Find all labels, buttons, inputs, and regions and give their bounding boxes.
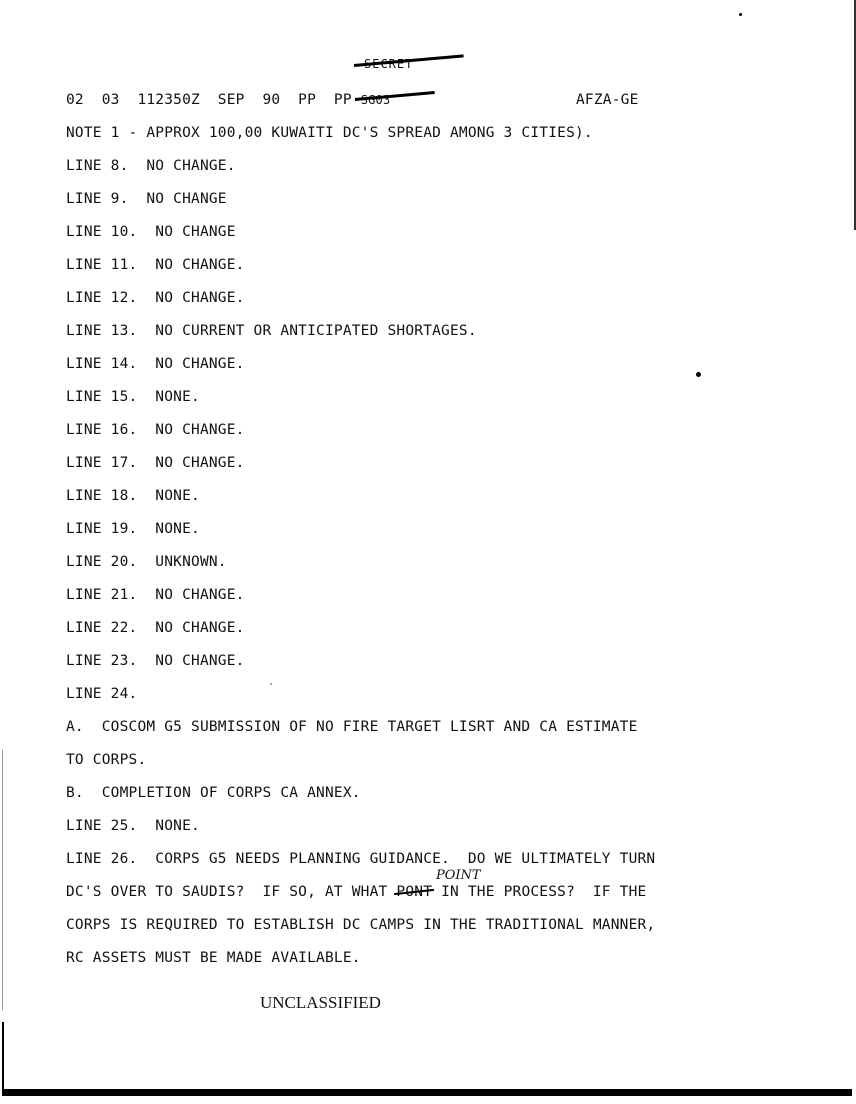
- line-item: LINE 22. NO CHANGE.: [66, 619, 245, 637]
- line-item: LINE 25. NONE.: [66, 817, 200, 835]
- line-item: LINE 16. NO CHANGE.: [66, 421, 245, 439]
- line-item: LINE 24.: [66, 685, 137, 703]
- scan-edge-left: [2, 750, 3, 1010]
- line-item: LINE 15. NONE.: [66, 388, 200, 406]
- line-item: B. COMPLETION OF CORPS CA ANNEX.: [66, 784, 361, 802]
- office-symbol: AFZA-GE: [576, 91, 639, 109]
- line-item: LINE 9. NO CHANGE: [66, 190, 227, 208]
- line-item: LINE 11. NO CHANGE.: [66, 256, 245, 274]
- scan-edge-left-bottom: [2, 1022, 4, 1092]
- routing-prefix: 02 03 112350Z SEP 90 PP PP: [66, 92, 361, 108]
- struck-routing-code: SG03: [361, 91, 391, 109]
- scan-speck: [270, 683, 272, 685]
- text-after: IN THE PROCESS? IF THE: [432, 884, 646, 900]
- text-before: DC'S OVER TO SAUDIS? IF SO, AT WHAT: [66, 884, 396, 900]
- line-item: LINE 12. NO CHANGE.: [66, 289, 245, 307]
- line-26-continuation: DC'S OVER TO SAUDIS? IF SO, AT WHAT PONT…: [66, 883, 646, 901]
- line-item: LINE 10. NO CHANGE: [66, 223, 236, 241]
- line-item: LINE 14. NO CHANGE.: [66, 355, 245, 373]
- line-item: LINE 13. NO CURRENT OR ANTICIPATED SHORT…: [66, 322, 477, 340]
- line-item: CORPS IS REQUIRED TO ESTABLISH DC CAMPS …: [66, 916, 655, 934]
- scan-speck: [739, 13, 742, 16]
- scan-edge-bottom: [2, 1089, 852, 1096]
- line-item: LINE 19. NONE.: [66, 520, 200, 538]
- note-line: NOTE 1 - APPROX 100,00 KUWAITI DC'S SPRE…: [66, 124, 593, 142]
- struck-word: PONT: [396, 883, 432, 901]
- line-item: LINE 23. NO CHANGE.: [66, 652, 245, 670]
- scan-speck: [696, 372, 701, 377]
- handwritten-correction: POINT: [436, 868, 481, 883]
- struck-classification-header: SECRET: [364, 57, 413, 71]
- line-item: LINE 20. UNKNOWN.: [66, 553, 227, 571]
- line-item: TO CORPS.: [66, 751, 146, 769]
- line-item: LINE 21. NO CHANGE.: [66, 586, 245, 604]
- line-item: LINE 8. NO CHANGE.: [66, 157, 236, 175]
- footer-classification: UNCLASSIFIED: [260, 993, 381, 1013]
- document-page: SECRET 02 03 112350Z SEP 90 PP PP SG03 A…: [0, 0, 856, 1104]
- line-item: A. COSCOM G5 SUBMISSION OF NO FIRE TARGE…: [66, 718, 638, 736]
- routing-line: 02 03 112350Z SEP 90 PP PP SG03: [66, 91, 390, 109]
- line-item: LINE 26. CORPS G5 NEEDS PLANNING GUIDANC…: [66, 850, 655, 868]
- line-item: RC ASSETS MUST BE MADE AVAILABLE.: [66, 949, 361, 967]
- line-item: LINE 18. NONE.: [66, 487, 200, 505]
- line-item: LINE 17. NO CHANGE.: [66, 454, 245, 472]
